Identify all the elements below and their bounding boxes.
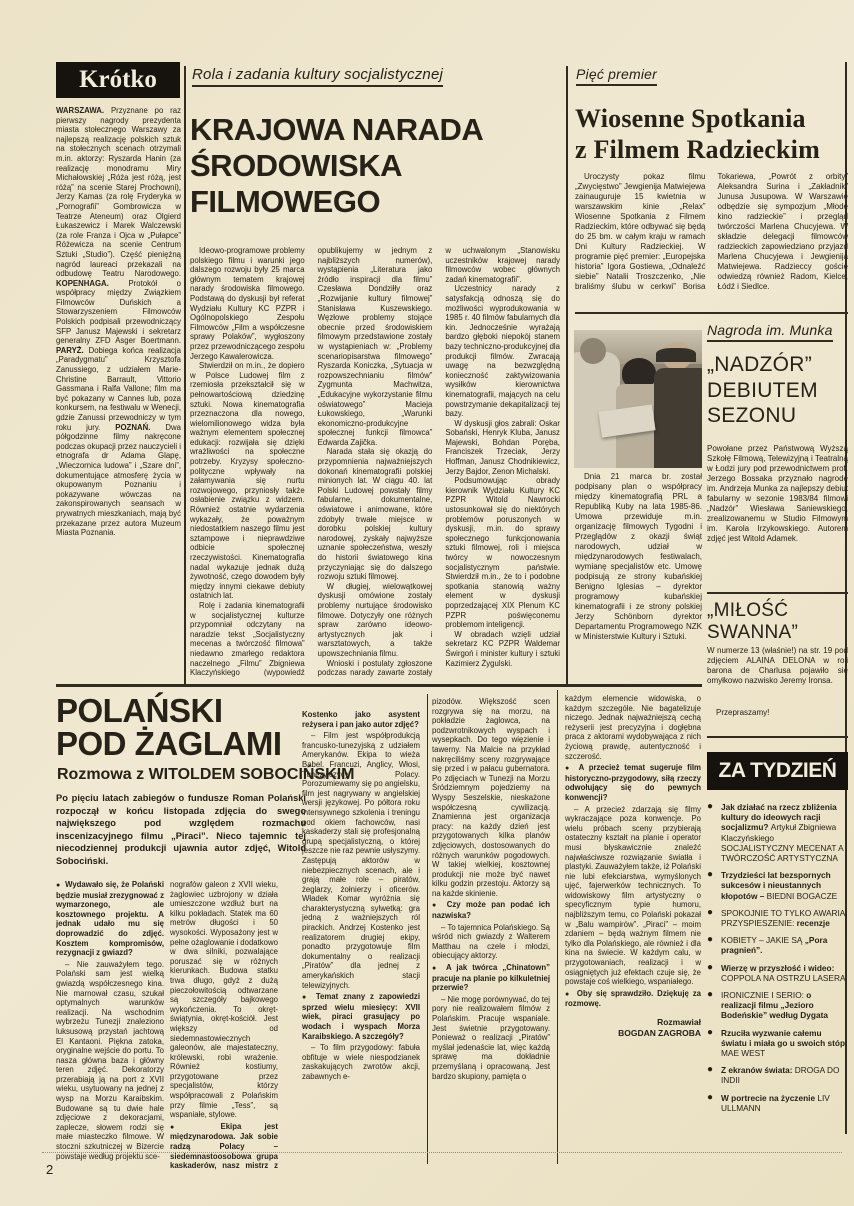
article-paragraph: Podsumowując obrady kierownik Wydziału K… — [445, 476, 560, 630]
za-tydzien-item: ● Wierzę w przyszłość i wideo: COPPOLA N… — [707, 963, 848, 983]
column-divider-left — [184, 66, 186, 684]
interview-block: pizodów. Większość scen rozgrywa się na … — [432, 697, 550, 898]
interview-block: Wydawało się, że Polański będzie musiał … — [56, 880, 164, 958]
text-segment: COPPOLA NA OSTRZU LASERA — [721, 973, 846, 983]
interview-block: Kostenko jako asystent reżysera i pan ja… — [302, 710, 420, 729]
nadzor-headline-line2: DEBIUTEM — [707, 378, 849, 404]
interview-block: nografów galeon z XVII wieku, żaglowiec … — [170, 880, 278, 1120]
column-divider-right — [566, 66, 568, 684]
nagroda-kicker: Nagroda im. Munka — [707, 322, 833, 342]
bullet-icon: ● — [707, 870, 721, 901]
newspaper-page: Krótko WARSZAWA. Przyznane po raz pierws… — [0, 0, 854, 1206]
byline-name: BOGDAN ZAGROBA — [565, 1028, 701, 1039]
text-segment: IRONICZNIE I SERIO: — [721, 990, 806, 1000]
text-segment: KOBIETY – JAKIE SĄ — [721, 935, 805, 945]
article-paragraph: Ideowo-programowe problemy polskiego fil… — [190, 246, 305, 361]
interview-block: – Film jest współprodukcją francusko-tun… — [302, 731, 420, 990]
interview-block: Czy może pan podać ich nazwiska? — [432, 900, 550, 920]
bold-segment: POZNAŃ. — [115, 423, 165, 432]
polanski-intro: Po pięciu latach zabiegów o fundusze Rom… — [56, 792, 306, 868]
milosc-body: W numerze 13 (właśnie!) na str. 19 pod z… — [707, 646, 848, 686]
bullet-icon: ● — [707, 1093, 721, 1113]
za-tydzien-item-text: Rzuciła wyzwanie całemu światu i miała g… — [721, 1028, 848, 1059]
main-kicker: Rola i zadania kultury socjalistycznej — [192, 66, 443, 87]
bullet-icon: ● — [707, 1028, 721, 1059]
za-tydzien-item-text: Wierzę w przyszłość i wideo: COPPOLA NA … — [721, 963, 848, 983]
za-tydzien-item: ● Jak działać na rzecz zbliżenia kultury… — [707, 802, 848, 863]
section-rule-main — [56, 684, 702, 687]
krotko-header: Krótko — [56, 62, 180, 98]
polanski-headline-line1: POLAŃSKI — [56, 694, 306, 727]
za-tydzien-item: ● IRONICZNIE I SERIO: o realizacji filmu… — [707, 990, 848, 1021]
interview-block: Ekipa jest międzynarodowa. Jak sobie rad… — [170, 1122, 278, 1170]
interview-divider-1 — [427, 694, 428, 1164]
article-paragraph: W dyskusji głos zabrali: Oskar Sobański,… — [445, 419, 560, 477]
interview-column-5: każdym elemencie widowiska, o każdym szc… — [565, 694, 701, 1114]
bold-segment: PARYŻ. — [56, 346, 89, 355]
text-segment: Protokół o współpracy między Związkiem F… — [56, 279, 181, 346]
main-headline-line1: KRAJOWA NARADA — [190, 112, 562, 148]
nadzor-headline: „NADZÓR” DEBIUTEM SEZONU — [707, 352, 849, 429]
milosc-headline: „MIŁOŚĆ SWANNA” — [707, 600, 849, 644]
interview-block: A jak twórca „Chinatown” pracuje na plan… — [432, 963, 550, 993]
photo-figure-right-body — [654, 368, 702, 468]
za-tydzien-item: ● W portrecie na życzenie LIV ULLMANN — [707, 1093, 848, 1113]
main-headline-line2: ŚRODOWISKA FILMOWEGO — [190, 148, 562, 220]
bold-segment: Rzuciła wyzwanie całemu światu i miała g… — [721, 1028, 848, 1048]
za-tydzien-header: ZA TYDZIEŃ — [707, 752, 848, 790]
main-article-body: Ideowo-programowe problemy polskiego fil… — [190, 246, 560, 680]
za-tydzien-item-text: Trzydzieści lat bezspornych sukcesów i n… — [721, 870, 848, 901]
section-rule-wiosenne — [575, 312, 848, 314]
wiosenne-headline-line2: z Filmem Radzieckim — [575, 135, 848, 166]
interview-block: – To tajemnica Polańskiego. Są wśród nic… — [432, 923, 550, 961]
article-paragraph: W długiej, wielowątkowej dyskusji omówio… — [318, 582, 433, 659]
bullet-icon: ● — [707, 990, 721, 1021]
page-number: 2 — [46, 1162, 53, 1177]
interview-block: – Nie zauważyłem tego. Polański sam jest… — [56, 960, 164, 1161]
za-tydzien-item-text: SPOKOJNIE TO TYLKO AWARIA; PRZYSPIESZENI… — [721, 908, 848, 928]
text-segment: Przyznane po raz pierwszy nagrody prezyd… — [56, 106, 181, 278]
interview-block: A przecież temat sugeruje film historycz… — [565, 763, 701, 802]
kuba-agreement-note: Dnia 21 marca br. został podpisany plan … — [575, 472, 702, 680]
interview-block: Temat znany z zapowiedzi sprzed wielu mi… — [302, 992, 420, 1041]
interview-block: – To film przygodowy: fabuła obfituje w … — [302, 1043, 420, 1081]
article-paragraph: Narada stała się okazją do przypomnienia… — [318, 447, 433, 581]
interview-byline: Rozmawiał BOGDAN ZAGROBA — [565, 1017, 701, 1039]
wiosenne-body: Uroczysty pokaz filmu „Zwycięstwo” Jewgi… — [575, 172, 848, 306]
article-paragraph: Uczestnicy narady z satysfakcją odnoszą … — [445, 284, 560, 418]
interview-column-4: pizodów. Większość scen rozgrywa się na … — [432, 697, 550, 1172]
bullet-icon: ● — [707, 935, 721, 955]
interview-column-2: nografów galeon z XVII wieku, żaglowiec … — [170, 880, 278, 1170]
text-segment: MAE WEST — [721, 1048, 765, 1058]
za-tydzien-item: ● SPOKOJNIE TO TYLKO AWARIA; PRZYSPIESZE… — [707, 908, 848, 928]
milosc-headline-line1: „MIŁOŚĆ — [707, 600, 849, 622]
nadzor-body: Powołane przez Państwową Wyższą Szkołę F… — [707, 444, 848, 590]
text-segment: Dwa półgodzinne filmy nakręcone podczas … — [56, 423, 181, 538]
za-tydzien-item: ● Trzydzieści lat bezspornych sukcesów i… — [707, 870, 848, 901]
nadzor-headline-line3: SEZONU — [707, 403, 849, 429]
main-headline: KRAJOWA NARADA ŚRODOWISKA FILMOWEGO — [190, 112, 562, 220]
article-paragraph: W obradach wzięli udział sekretarz KC PZ… — [445, 630, 560, 668]
bold-segment: Wierzę w przyszłość i wideo: — [721, 963, 834, 973]
wiosenne-kicker: Pięć premier — [576, 66, 657, 86]
milosc-headline-line2: SWANNA” — [707, 622, 849, 644]
bullet-icon: ● — [707, 802, 721, 863]
interview-block: – A przecież zdarzają się filmy wykracza… — [565, 805, 701, 987]
bullet-icon: ● — [707, 1065, 721, 1085]
za-tydzien-item-text: Jak działać na rzecz zbliżenia kultury d… — [721, 802, 848, 863]
bold-segment: WARSZAWA. — [56, 106, 111, 115]
polanski-headline: POLAŃSKI POD ŻAGLAMI — [56, 694, 306, 760]
krotko-column: WARSZAWA. Przyznane po raz pierwszy nagr… — [56, 106, 181, 666]
text-segment: BIEDNI BOGACZE — [767, 891, 838, 901]
interview-block: każdym elemencie widowiska, o każdym szc… — [565, 694, 701, 761]
krotko-title: Krótko — [79, 66, 157, 94]
interview-divider-2 — [557, 690, 558, 1164]
za-tydzien-item: ● KOBIETY – JAKIE SĄ „Pora pragnień”. — [707, 935, 848, 955]
bullet-icon: ● — [707, 963, 721, 983]
photo-figure-left-head — [580, 338, 606, 364]
bullet-icon: ● — [707, 908, 721, 928]
wiosenne-headline-line1: Wiosenne Spotkania — [575, 104, 848, 135]
bold-segment: KOPENHAGA. — [56, 279, 128, 288]
milosc-apology: Przepraszamy! — [707, 708, 848, 718]
interview-column-1: Wydawało się, że Polański będzie musiał … — [56, 880, 164, 1170]
interview-block: Oby się sprawdziło. Dziękuję za rozmowę. — [565, 989, 701, 1009]
za-tydzien-item: ● Z ekranów świata: DROGA DO INDII — [707, 1065, 848, 1085]
za-tydzien-item-text: W portrecie na życzenie LIV ULLMANN — [721, 1093, 848, 1113]
za-tydzien-item-text: KOBIETY – JAKIE SĄ „Pora pragnień”. — [721, 935, 848, 955]
bold-segment: W portrecie na życzenie — [721, 1093, 817, 1103]
za-tydzien-list: ● Jak działać na rzecz zbliżenia kultury… — [707, 802, 848, 1120]
bold-segment: recenzje — [797, 918, 830, 928]
interview-column-3: Kostenko jako asystent reżysera i pan ja… — [302, 710, 420, 1172]
za-tydzien-item-text: Z ekranów świata: DROGA DO INDII — [721, 1065, 848, 1085]
byline-label: Rozmawiał — [565, 1017, 701, 1028]
za-tydzien-item-text: IRONICZNIE I SERIO: o realizacji filmu „… — [721, 990, 848, 1021]
bold-segment: Z ekranów świata: — [721, 1065, 795, 1075]
nadzor-headline-line1: „NADZÓR” — [707, 352, 849, 378]
section-rule-nadzor — [707, 592, 848, 594]
za-tydzien-item: ● Rzuciła wyzwanie całemu światu i miała… — [707, 1028, 848, 1059]
polanski-headline-line2: POD ŻAGLAMI — [56, 727, 306, 760]
munk-award-photo — [574, 330, 702, 468]
wiosenne-headline: Wiosenne Spotkania z Filmem Radzieckim — [575, 104, 848, 165]
text-segment: Dobiega końca realizacja „Paradygmatu” K… — [56, 346, 181, 432]
interview-block: – Nie mogę porównywać, do tej pory nie r… — [432, 995, 550, 1081]
interview-column-5-blocks: każdym elemencie widowiska, o każdym szc… — [565, 694, 701, 1009]
za-tydzien-title: ZA TYDZIEŃ — [719, 759, 837, 783]
article-paragraph: Stwierdził on m.in., że dopiero w Polsce… — [190, 361, 305, 601]
article-paragraph: Uroczysty pokaz filmu „Zwycięstwo” Jewgi… — [575, 172, 848, 292]
section-rule-milosc — [707, 736, 848, 738]
photo-figure-right-hair — [656, 348, 696, 362]
